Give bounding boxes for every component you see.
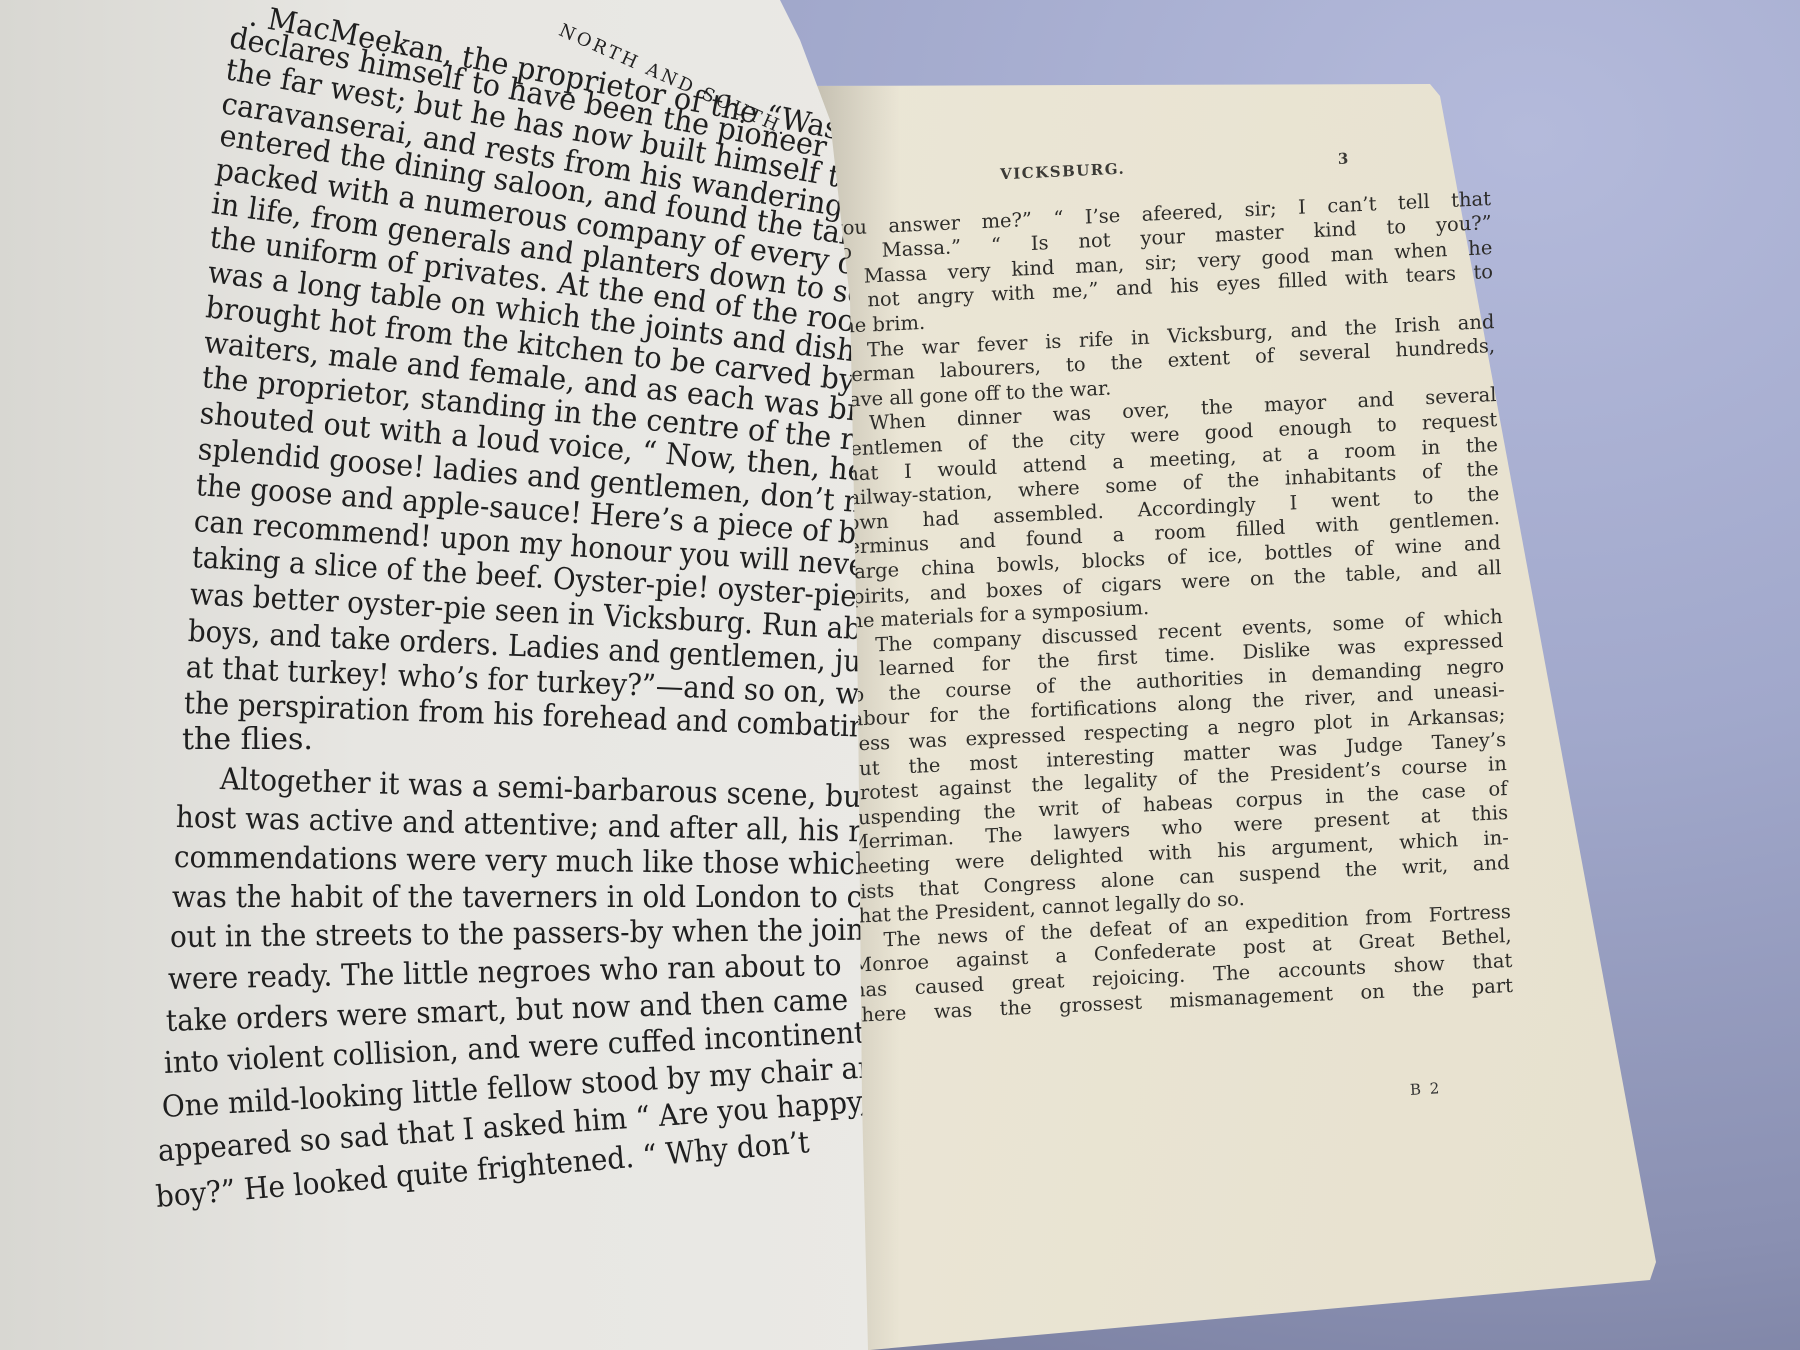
right-page-text: VICKSBURG. 3 you answer me?” “ I’se afee… xyxy=(830,140,1513,1028)
signature-mark: B 2 xyxy=(1410,1079,1442,1099)
text-line: commendations were very much like those … xyxy=(174,840,873,882)
page-number: 3 xyxy=(1338,146,1351,171)
text-line: the flies. xyxy=(182,722,313,757)
running-head-title: VICKSBURG. xyxy=(1000,157,1126,187)
paragraph: When dinner was over, the mayor and seve… xyxy=(837,383,1503,634)
book-photo-scene: VICKSBURG. 3 you answer me?” “ I’se afee… xyxy=(0,0,1800,1350)
text-line: was the habit of the taverners in old Lo… xyxy=(172,880,891,915)
paragraph: The company discussed recent events, som… xyxy=(843,605,1511,930)
